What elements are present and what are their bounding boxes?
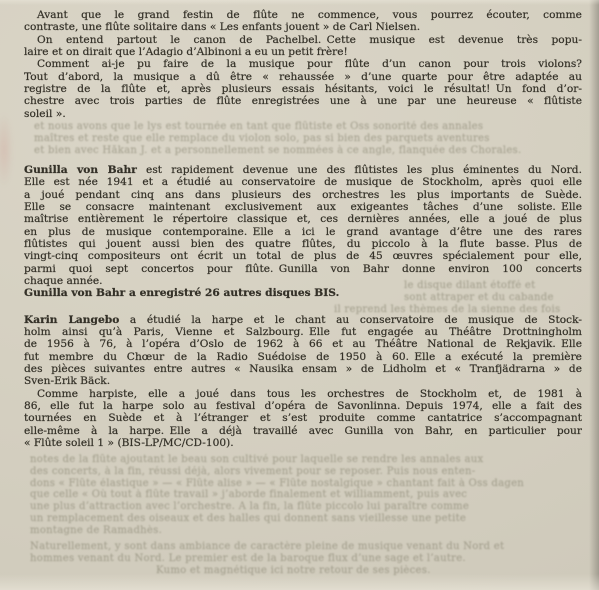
text-line: des pièces suivantes entre autres « Naus… [24,363,582,375]
showthrough-line: montagne de Ramadhès. [30,525,180,537]
text-line: en plus de musique contemporaine. Elle a… [24,226,582,238]
text-line: maîtrise entièrement le répertoire class… [24,213,582,225]
text-line: 86, elle fut la harpe solo au festival d… [24,400,582,412]
paper-smudge [0,113,13,187]
scanned-page: et nous avons que le lys est tournée en … [0,0,599,590]
showthrough-line: Naturellement, y sont dans ambiance de c… [30,541,570,553]
text-line: laire et on dirait que l’Adagio d’Albino… [24,46,582,58]
showthrough-line: que celle « Où tout à flûte travail » j’… [30,489,570,501]
text-line: chestre avec trois parties de flûte enre… [24,95,582,107]
text-line: « Flûte soleil 1 » (BIS-LP/MC/CD-100). [24,437,582,449]
text-line: fut membre du Chœur de la Radio Suédoise… [24,351,582,363]
showthrough-line: des concerts, à la fin, réussi déjà, alo… [30,466,570,478]
text-line: Gunilla von Bahr est rapidement devenue … [24,164,582,176]
text-line: soleil ». [24,108,582,120]
text-line: Tout d’abord, la musique a dû être « reh… [24,71,582,83]
text-line: Elle se consacre maintenant exclusivemen… [24,201,582,213]
showthrough-line: un remplacement des oiseaux et des halle… [30,513,570,525]
showthrough-line: une plus d’attraction avec l’orchestre. … [30,501,570,513]
text-line: vingt-cinq compositeurs ont écrit un tot… [24,250,582,262]
paper-bottom-highlight [0,574,599,590]
text-line: On entend partout le canon de Pachelbel.… [24,34,582,46]
paragraph-karin-bio: Karin Langebo a étudié la harpe et le ch… [24,314,582,388]
text-line: contraste, une flûte solitaire dans « Le… [24,21,582,33]
bold-lead: Karin Langebo [24,314,119,326]
paper-top-highlight [0,0,599,5]
text-line: Gunilla von Bahr a enregistré 26 autres … [24,287,582,299]
bold-lead: Gunilla von Bahr a enregistré 26 autres … [24,287,339,299]
text-line: Karin Langebo a étudié la harpe et le ch… [24,314,582,326]
showthrough-block: Naturellement, y sont dans ambiance de c… [30,541,570,576]
text-line: Avant que le grand festin de flûte ne co… [24,9,582,21]
text-line: Sven-Erik Bäck. [24,375,582,387]
text-line: Comment ai-je pu faire de la musique pou… [24,58,582,70]
text-line: Comme harpiste, elle a joué dans tous le… [24,388,582,400]
text-line: chaque année. [24,275,582,287]
showthrough-line: hommes venant du Nord. Le premier est de… [30,553,550,565]
bold-lead: Gunilla von Bahr [24,164,137,176]
document-text: Avant que le grand festin de flûte ne co… [24,9,582,449]
paragraph-intro-flute: Avant que le grand festin de flûte ne co… [24,9,582,120]
text-line: parmi quoi sept concertos pour flûte. Gu… [24,263,582,275]
text-line: Elle est née 1941 et a étudié au conserv… [24,176,582,188]
text-line: tournées en Suède et à l’étranger et s’e… [24,412,582,424]
showthrough-block: notes de la flûte ajoutant le beau son c… [30,454,570,537]
text-line: registre de la flûte et, après plusieurs… [24,83,582,95]
scan-edge-shadow [589,0,599,590]
showthrough-line: notes de la flûte ajoutant le beau son c… [30,454,570,466]
text-line: elle-même à la harpe. Elle a déjà travai… [24,425,582,437]
text-line: flûtistes qui jouent aussi bien des quat… [24,238,582,250]
paragraph-gunilla-bio: Gunilla von Bahr est rapidement devenue … [24,164,582,300]
showthrough-line: dons « Flûte élastique » — « Flûte alise… [30,478,570,490]
paragraph-karin-harpiste: Comme harpiste, elle a joué dans tous le… [24,388,582,450]
text-line: holm ainsi qu’à Paris, Vienne et Salzbou… [24,326,582,338]
text-line: a joué pendant cinq ans dans plusieurs d… [24,189,582,201]
text-line: de 1956 à 76, à l’opéra d’Oslo de 1962 à… [24,338,582,350]
